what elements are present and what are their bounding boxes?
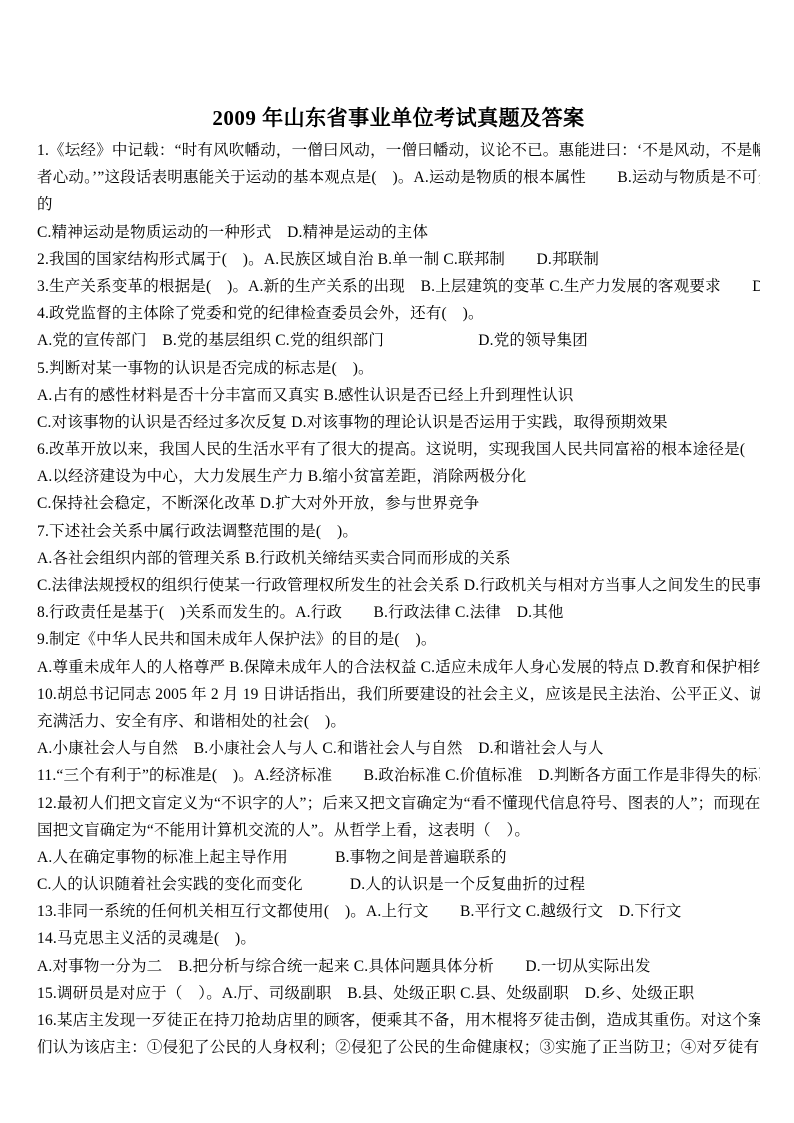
text-line: 13.非同一系统的任何机关相互行文都使用( )。A.上行文 B.平行文 C.越级… <box>37 898 760 925</box>
text-line: A.尊重未成年人的人格尊严 B.保障未成年人的合法权益 C.适应未成年人身心发展… <box>37 654 760 681</box>
text-line: 6.改革开放以来，我国人民的生活水平有了很大的提高。这说明，实现我国人民共同富裕… <box>37 436 760 463</box>
text-line: A.小康社会人与自然 B.小康社会人与人 C.和谐社会人与自然 D.和谐社会人与… <box>37 735 760 762</box>
text-line: 14.马克思主义活的灵魂是( )。 <box>37 925 760 952</box>
text-line: 9.制定《中华人民共和国未成年人保护法》的目的是( )。 <box>37 626 760 653</box>
text-line: 1.《坛经》中记载：“时有风吹幡动，一僧曰风动，一僧曰幡动，议论不已。惠能进曰：… <box>37 137 760 164</box>
text-line: 国把文盲确定为“不能用计算机交流的人”。从哲学上看，这表明（ ）。 <box>37 817 760 844</box>
text-line: A.各社会组织内部的管理关系 B.行政机关缔结买卖合同而形成的关系 <box>37 545 760 572</box>
text-line: 3.生产关系变革的根据是( )。A.新的生产关系的出现 B.上层建筑的变革 C.… <box>37 273 760 300</box>
text-line: 10.胡总书记同志 2005 年 2 月 19 日讲话指出，我们所要建设的社会主… <box>37 681 760 708</box>
text-line: 12.最初人们把文盲定义为“不识字的人”；后来又把文盲确定为“看不懂现代信息符号… <box>37 790 760 817</box>
text-line: C.保持社会稳定，不断深化改革 D.扩大对外开放，参与世界竞争 <box>37 490 760 517</box>
text-line: 15.调研员是对应于（ ）。A.厅、司级副职 B.县、处级正职 C.县、处级副职… <box>37 980 760 1007</box>
text-line: 的 <box>37 191 760 218</box>
text-line: 8.行政责任是基于( )关系而发生的。A.行政 B.行政法律 C.法律 D.其他 <box>37 599 760 626</box>
text-line: 16.某店主发现一歹徒正在持刀抢劫店里的顾客，便乘其不备，用木棍将歹徒击倒，造成… <box>37 1007 760 1034</box>
text-line: A.党的宣传部门 B.党的基层组织 C.党的组织部门 D.党的领导集团 <box>37 327 760 354</box>
text-line: A.人在确定事物的标准上起主导作用 B.事物之间是普遍联系的 <box>37 844 760 871</box>
text-line: A.对事物一分为二 B.把分析与综合统一起来 C.具体问题具体分析 D.一切从实… <box>37 953 760 980</box>
text-line: A.占有的感性材料是否十分丰富而又真实 B.感性认识是否已经上升到理性认识 <box>37 382 760 409</box>
document-page: 2009 年山东省事业单位考试真题及答案 1.《坛经》中记载：“时有风吹幡动，一… <box>0 0 794 1123</box>
text-line: 4.政党监督的主体除了党委和党的纪律检查委员会外，还有( )。 <box>37 300 760 327</box>
text-line: C.人的认识随着社会实践的变化而变化 D.人的认识是一个反复曲折的过程 <box>37 871 760 898</box>
document-content: 2009 年山东省事业单位考试真题及答案 1.《坛经》中记载：“时有风吹幡动，一… <box>37 0 760 1061</box>
text-line: C.法律法规授权的组织行使某一行政管理权所发生的社会关系 D.行政机关与相对方当… <box>37 572 760 599</box>
text-line: 们认为该店主：①侵犯了公民的人身权利；②侵犯了公民的生命健康权；③实施了正当防卫… <box>37 1034 760 1061</box>
text-line: 7.下述社会关系中属行政法调整范围的是( )。 <box>37 518 760 545</box>
text-line: 11.“三个有利于”的标准是( )。A.经济标准 B.政治标准 C.价值标准 D… <box>37 762 760 789</box>
text-line: 5.判断对某一事物的认识是否完成的标志是( )。 <box>37 355 760 382</box>
text-line: 充满活力、安全有序、和谐相处的社会( )。 <box>37 708 760 735</box>
text-line: A.以经济建设为中心，大力发展生产力 B.缩小贫富差距，消除两极分化 <box>37 463 760 490</box>
text-line: C.对该事物的认识是否经过多次反复 D.对该事物的理论认识是否运用于实践，取得预… <box>37 409 760 436</box>
text-line: 2.我国的国家结构形式属于( )。A.民族区域自治 B.单一制 C.联邦制 D.… <box>37 246 760 273</box>
text-line: C.精神运动是物质运动的一种形式 D.精神是运动的主体 <box>37 219 760 246</box>
document-body: 1.《坛经》中记载：“时有风吹幡动，一僧曰风动，一僧曰幡动，议论不已。惠能进曰：… <box>37 137 760 1061</box>
text-line: 者心动。’”这段话表明惠能关于运动的基本观点是( )。A.运动是物质的根本属性 … <box>37 164 760 191</box>
page-title: 2009 年山东省事业单位考试真题及答案 <box>37 103 760 134</box>
